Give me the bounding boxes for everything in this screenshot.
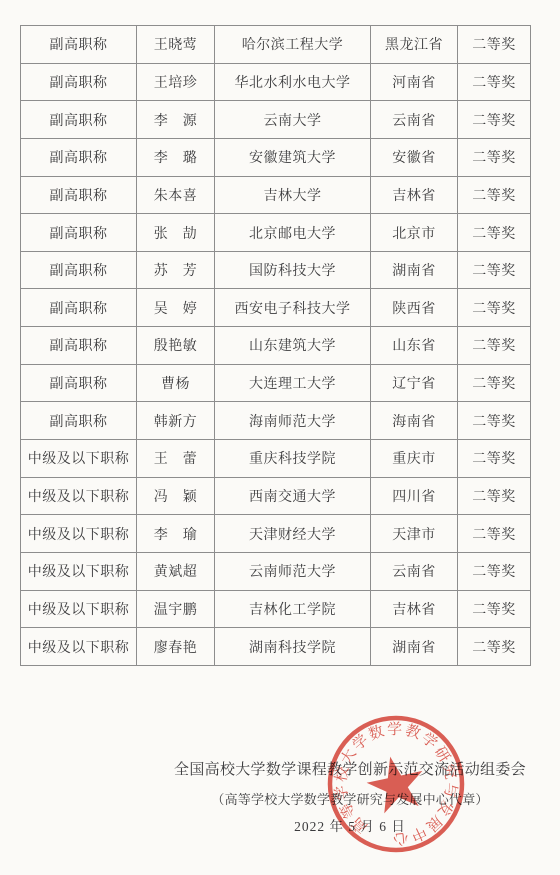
cell-rank: 副高职称 [21,138,137,176]
cell-rank: 副高职称 [21,26,137,64]
cell-university: 重庆科技学院 [215,440,371,478]
cell-name: 廖春艳 [137,628,215,666]
cell-university: 山东建筑大学 [215,327,371,365]
cell-rank: 副高职称 [21,289,137,327]
cell-name: 王培珍 [137,63,215,101]
cell-award: 二等奖 [458,440,531,478]
cell-university: 湖南科技学院 [215,628,371,666]
cell-province: 河南省 [371,63,458,101]
seal-note: （高等学校大学数学教学研究与发展中心代章） [148,790,552,810]
cell-province: 陕西省 [371,289,458,327]
cell-name: 韩新方 [137,402,215,440]
table-row: 副高职称张 劼北京邮电大学北京市二等奖 [21,214,531,252]
cell-university: 安徽建筑大学 [215,138,371,176]
table-row: 中级及以下职称廖春艳湖南科技学院湖南省二等奖 [21,628,531,666]
cell-rank: 副高职称 [21,214,137,252]
table-row: 中级及以下职称温宇鹏吉林化工学院吉林省二等奖 [21,590,531,628]
cell-rank: 中级及以下职称 [21,515,137,553]
cell-province: 云南省 [371,101,458,139]
cell-province: 云南省 [371,552,458,590]
cell-award: 二等奖 [458,590,531,628]
award-table-body: 副高职称王晓莺哈尔滨工程大学黑龙江省二等奖副高职称王培珍华北水利水电大学河南省二… [21,26,531,666]
cell-province: 安徽省 [371,138,458,176]
cell-province: 吉林省 [371,176,458,214]
cell-award: 二等奖 [458,138,531,176]
cell-province: 辽宁省 [371,364,458,402]
cell-award: 二等奖 [458,515,531,553]
cell-name: 李 璐 [137,138,215,176]
table-row: 中级及以下职称李 瑜天津财经大学天津市二等奖 [21,515,531,553]
committee-name: 全国高校大学数学课程教学创新示范交流活动组委会 [148,760,552,780]
cell-award: 二等奖 [458,214,531,252]
cell-university: 西南交通大学 [215,477,371,515]
table-row: 副高职称王培珍华北水利水电大学河南省二等奖 [21,63,531,101]
cell-rank: 中级及以下职称 [21,628,137,666]
cell-name: 吴 婷 [137,289,215,327]
cell-province: 吉林省 [371,590,458,628]
cell-rank: 副高职称 [21,251,137,289]
cell-name: 冯 颖 [137,477,215,515]
cell-university: 吉林大学 [215,176,371,214]
cell-rank: 副高职称 [21,176,137,214]
table-row: 中级及以下职称黄斌超云南师范大学云南省二等奖 [21,552,531,590]
cell-province: 湖南省 [371,628,458,666]
table-row: 副高职称李 璐安徽建筑大学安徽省二等奖 [21,138,531,176]
cell-province: 重庆市 [371,440,458,478]
cell-university: 哈尔滨工程大学 [215,26,371,64]
award-table: 副高职称王晓莺哈尔滨工程大学黑龙江省二等奖副高职称王培珍华北水利水电大学河南省二… [20,25,531,666]
cell-name: 朱本喜 [137,176,215,214]
cell-province: 北京市 [371,214,458,252]
cell-university: 吉林化工学院 [215,590,371,628]
cell-university: 北京邮电大学 [215,214,371,252]
cell-award: 二等奖 [458,63,531,101]
cell-province: 海南省 [371,402,458,440]
table-row: 副高职称殷艳敏山东建筑大学山东省二等奖 [21,327,531,365]
cell-award: 二等奖 [458,176,531,214]
cell-award: 二等奖 [458,477,531,515]
cell-award: 二等奖 [458,628,531,666]
cell-university: 天津财经大学 [215,515,371,553]
table-row: 副高职称王晓莺哈尔滨工程大学黑龙江省二等奖 [21,26,531,64]
cell-award: 二等奖 [458,101,531,139]
cell-rank: 副高职称 [21,327,137,365]
cell-rank: 中级及以下职称 [21,590,137,628]
cell-rank: 副高职称 [21,63,137,101]
table-row: 副高职称韩新方海南师范大学海南省二等奖 [21,402,531,440]
cell-university: 大连理工大学 [215,364,371,402]
cell-name: 张 劼 [137,214,215,252]
cell-province: 黑龙江省 [371,26,458,64]
table-row: 副高职称李 源云南大学云南省二等奖 [21,101,531,139]
cell-name: 李 瑜 [137,515,215,553]
table-row: 中级及以下职称冯 颖西南交通大学四川省二等奖 [21,477,531,515]
cell-award: 二等奖 [458,364,531,402]
cell-rank: 副高职称 [21,364,137,402]
cell-award: 二等奖 [458,289,531,327]
cell-university: 西安电子科技大学 [215,289,371,327]
table-row: 副高职称吴 婷西安电子科技大学陕西省二等奖 [21,289,531,327]
cell-rank: 中级及以下职称 [21,552,137,590]
cell-university: 云南大学 [215,101,371,139]
cell-name: 温宇鹏 [137,590,215,628]
cell-award: 二等奖 [458,402,531,440]
cell-award: 二等奖 [458,26,531,64]
cell-name: 殷艳敏 [137,327,215,365]
cell-rank: 中级及以下职称 [21,477,137,515]
table-row: 副高职称朱本喜吉林大学吉林省二等奖 [21,176,531,214]
cell-province: 山东省 [371,327,458,365]
cell-university: 海南师范大学 [215,402,371,440]
scanned-award-document: 副高职称王晓莺哈尔滨工程大学黑龙江省二等奖副高职称王培珍华北水利水电大学河南省二… [0,0,560,875]
cell-name: 黄斌超 [137,552,215,590]
cell-province: 湖南省 [371,251,458,289]
signature-block: 全国高校大学数学课程教学创新示范交流活动组委会 （高等学校大学数学教学研究与发展… [148,760,552,837]
table-row: 副高职称曹杨大连理工大学辽宁省二等奖 [21,364,531,402]
cell-award: 二等奖 [458,552,531,590]
cell-province: 四川省 [371,477,458,515]
cell-university: 国防科技大学 [215,251,371,289]
cell-rank: 中级及以下职称 [21,440,137,478]
cell-name: 曹杨 [137,364,215,402]
table-row: 中级及以下职称王 蕾重庆科技学院重庆市二等奖 [21,440,531,478]
cell-province: 天津市 [371,515,458,553]
cell-rank: 副高职称 [21,101,137,139]
cell-name: 王晓莺 [137,26,215,64]
cell-university: 云南师范大学 [215,552,371,590]
cell-name: 李 源 [137,101,215,139]
cell-name: 王 蕾 [137,440,215,478]
date-line: 2022 年 5 月 6 日 [148,817,552,837]
cell-name: 苏 芳 [137,251,215,289]
cell-award: 二等奖 [458,327,531,365]
cell-university: 华北水利水电大学 [215,63,371,101]
cell-award: 二等奖 [458,251,531,289]
table-row: 副高职称苏 芳国防科技大学湖南省二等奖 [21,251,531,289]
cell-rank: 副高职称 [21,402,137,440]
